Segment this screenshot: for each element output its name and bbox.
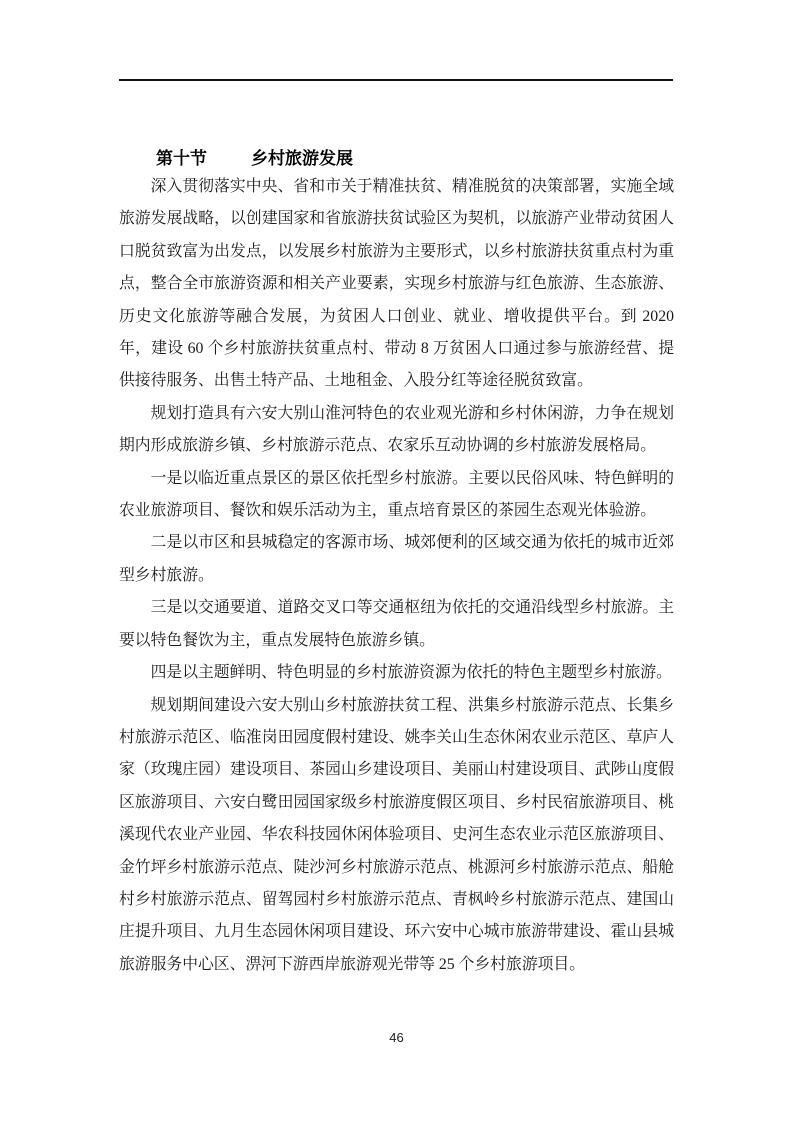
page-number: 46: [119, 1030, 674, 1045]
section-heading: 第十节乡村旅游发展: [156, 147, 353, 171]
body-paragraph: 三是以交通要道、道路交叉口等交通枢纽为依托的交通沿线型乡村旅游。主要以特色餐饮为…: [119, 592, 674, 657]
body-paragraph: 四是以主题鲜明、特色明显的乡村旅游资源为依托的特色主题型乡村旅游。: [119, 657, 674, 689]
body-paragraph: 规划期间建设六安大别山乡村旅游扶贫工程、洪集乡村旅游示范点、长集乡村旅游示范区、…: [119, 690, 674, 982]
document-page: 第十节乡村旅游发展 深入贯彻落实中央、省和市关于精准扶贫、精准脱贫的决策部署，实…: [0, 0, 793, 1122]
body-paragraph: 二是以市区和县城稳定的客源市场、城郊便利的区域交通为依托的城市近郊型乡村旅游。: [119, 527, 674, 592]
body-paragraph: 深入贯彻落实中央、省和市关于精准扶贫、精准脱贫的决策部署，实施全域旅游发展战略，…: [119, 171, 674, 398]
body-paragraph: 一是以临近重点景区的景区依托型乡村旅游。主要以民俗风味、特色鲜明的农业旅游项目、…: [119, 463, 674, 528]
body-paragraph: 规划打造具有六安大别山淮河特色的农业观光游和乡村休闲游，力争在规划期内形成旅游乡…: [119, 398, 674, 463]
header-rule: [119, 79, 673, 81]
section-title: 乡村旅游发展: [251, 149, 353, 168]
section-number: 第十节: [156, 147, 207, 171]
document-body: 深入贯彻落实中央、省和市关于精准扶贫、精准脱贫的决策部署，实施全域旅游发展战略，…: [119, 171, 674, 981]
